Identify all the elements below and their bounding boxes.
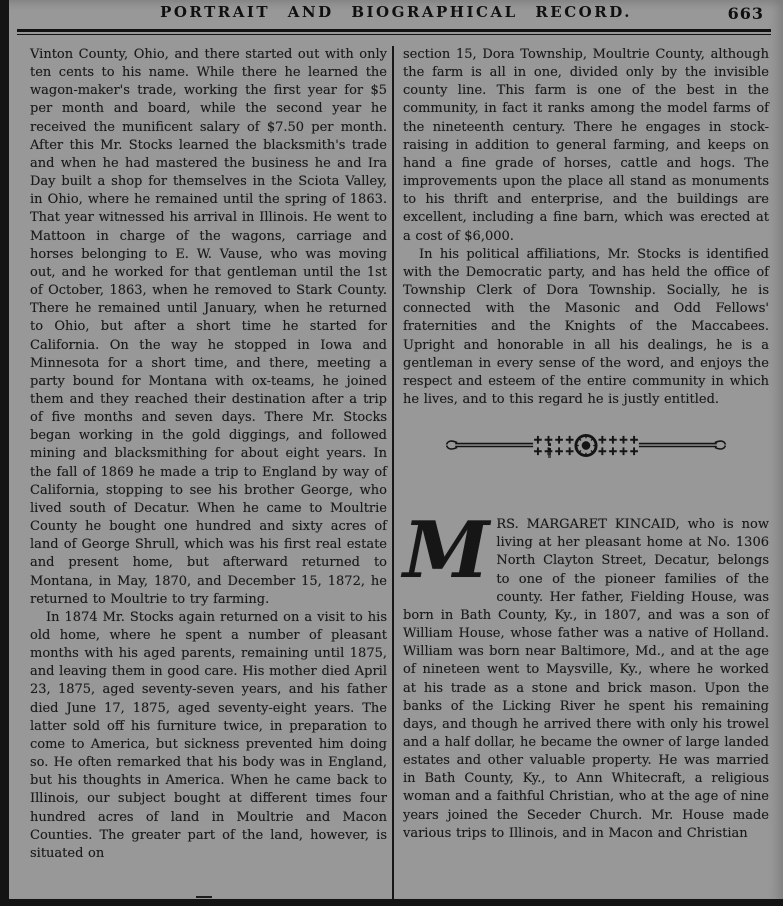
running-title: PORTRAIT AND BIOGRAPHICAL RECORD.	[22, 3, 770, 21]
header-double-rule	[17, 29, 771, 35]
stocks-biography-paragraph-1: Vinton County, Ohio, and there started o…	[30, 46, 387, 609]
scan-edge-bottom	[0, 899, 783, 906]
right-column: section 15, Dora Township, Moultrie Coun…	[394, 46, 769, 899]
ink-artifact-dash	[196, 896, 212, 898]
page-number: 663	[728, 4, 764, 23]
section-divider-ornament-icon	[441, 433, 731, 458]
scanned-book-page: PORTRAIT AND BIOGRAPHICAL RECORD. 663 Vi…	[0, 0, 783, 906]
ink-artifact-spot	[548, 443, 551, 446]
stocks-biography-paragraph-4: In his political affiliations, Mr. Stock…	[403, 246, 769, 409]
page-body: Vinton County, Ohio, and there started o…	[30, 46, 769, 899]
stocks-biography-paragraph-3: section 15, Dora Township, Moultrie Coun…	[403, 46, 769, 246]
left-column: Vinton County, Ohio, and there started o…	[30, 46, 387, 899]
rule-thin-line	[17, 34, 771, 35]
page-header: PORTRAIT AND BIOGRAPHICAL RECORD. 663	[22, 3, 770, 27]
rule-thick-line	[17, 29, 771, 32]
drop-cap-letter-m: M	[403, 521, 489, 589]
kincaid-biography-paragraph: MRS. MARGARET KINCAID, who is now living…	[403, 516, 769, 843]
stocks-biography-paragraph-2: In 1874 Mr. Stocks again returned on a v…	[30, 609, 387, 863]
scan-edge-left	[0, 0, 9, 906]
